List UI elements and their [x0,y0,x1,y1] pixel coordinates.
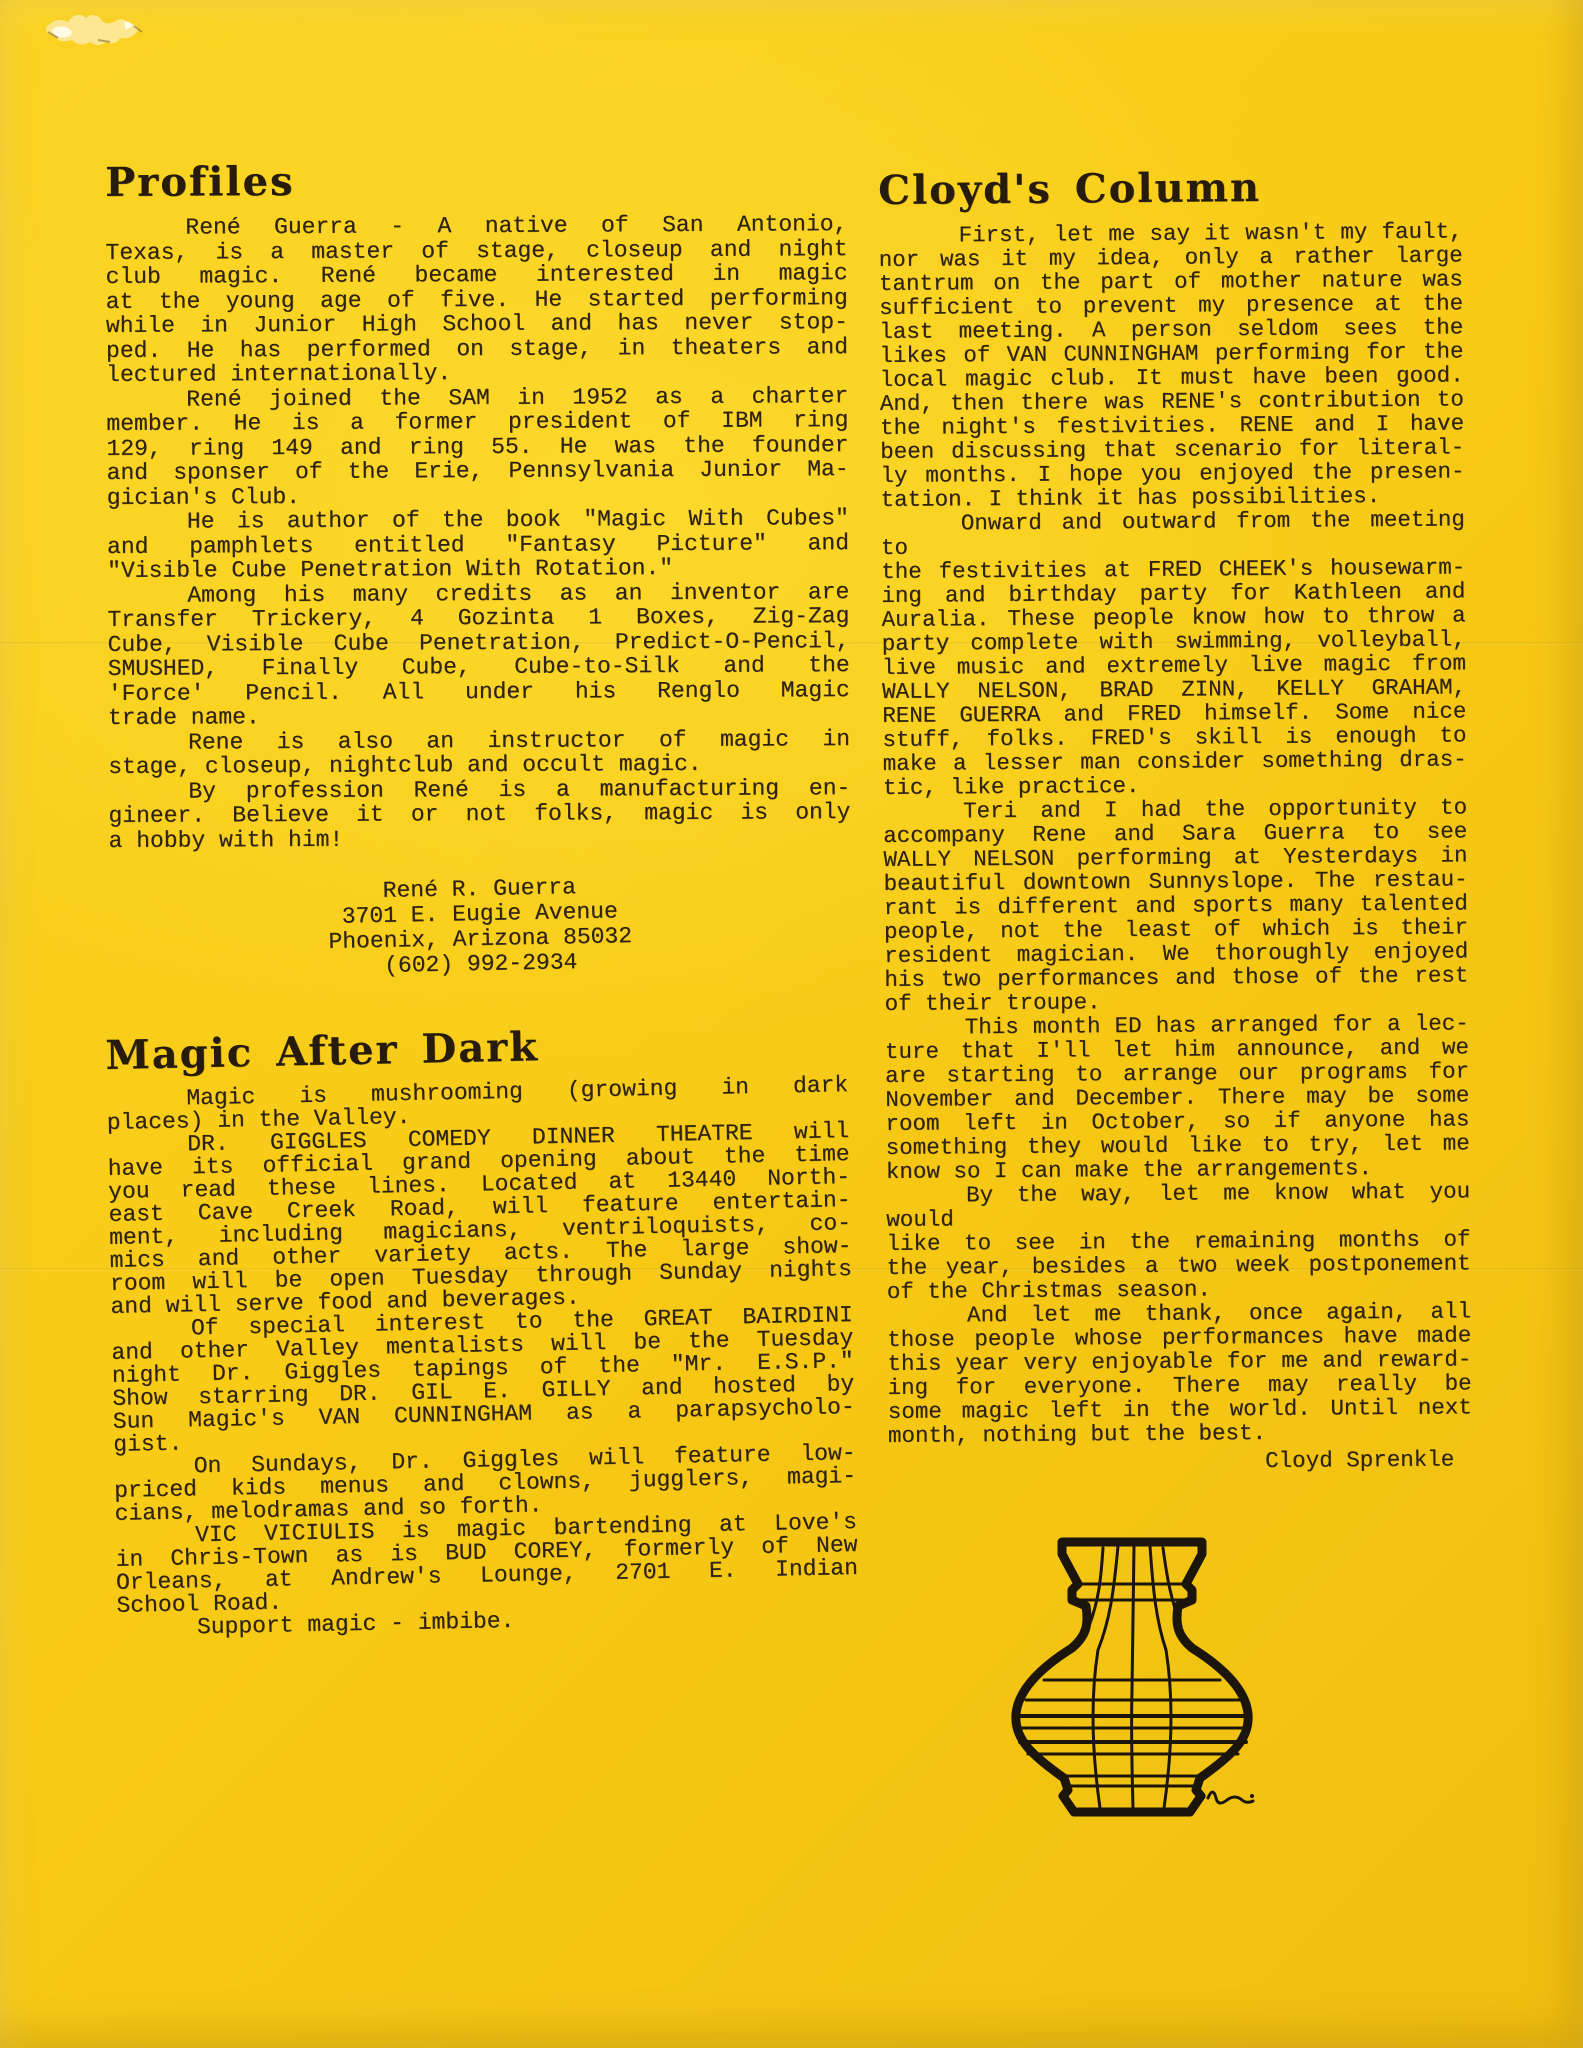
paragraph: Rene is also an instructor of magic inst… [108,727,850,780]
paragraph: René joined the SAM in 1952 as a charter… [106,384,849,510]
paragraph: First, let me say it wasn't my fault,nor… [878,219,1464,512]
magic-after-dark-heading: Magic After Dark [105,1018,848,1079]
profiles-body: René Guerra - A native of San Antonio,Te… [105,212,850,853]
text-line: 'Force' Pencil. All under his Renglo Mag… [108,678,850,706]
text-line: and sponser of the Erie, Pennsylvania Ju… [107,457,849,485]
paragraph: This month ED has arranged for a lec-tur… [885,1011,1470,1184]
text-line: his two performances and those of the re… [884,963,1468,992]
paragraph: Onward and outward from the meeting toth… [881,507,1467,800]
paragraph: VIC VICIULIS is magic bartending at Love… [115,1511,859,1618]
cloyds-column-body: First, let me say it wasn't my fault,nor… [878,219,1472,1448]
paragraph: By the way, let me know what you wouldli… [886,1179,1471,1304]
text-line: By the way, let me know what you would [886,1179,1470,1232]
text-line: make a lesser man consider something dra… [883,747,1467,776]
paragraph: Among his many credits as an inventor ar… [107,580,850,731]
paragraph: He is author of the book "Magic With Cub… [107,506,849,583]
profiles-section: Profiles René Guerra - A native of San A… [105,156,851,979]
left-column: Profiles René Guerra - A native of San A… [105,160,847,1641]
text-line: Rene is also an instructor of magic in [108,727,850,755]
paragraph: Of special interest to the GREAT BAIRDIN… [111,1304,856,1457]
torn-paper-mark [38,6,178,54]
cloyds-column-section: Cloyd's Column First, let me say it wasn… [878,163,1472,1476]
text-line: month, nothing but the best. [888,1419,1472,1448]
paragraph: Teri and I had the opportunity toaccompa… [883,795,1469,1016]
paragraph: DR. GIGGLES COMEDY DINNER THEATRE willha… [107,1120,853,1319]
profiles-heading: Profiles [105,156,847,206]
text-line: Onward and outward from the meeting to [881,507,1465,560]
newsletter-page: Profiles René Guerra - A native of San A… [0,0,1583,2048]
text-line: ped. He has performed on stage, in theat… [106,335,848,363]
text-line: a hobby with him! [109,825,851,853]
text-line: gineer. Believe it or not folks, magic i… [108,800,850,828]
cloyds-column-heading: Cloyd's Column [878,163,1462,214]
paragraph: René Guerra - A native of San Antonio,Te… [105,212,848,387]
address-block: René R. Guerra3701 E. Eugie AvenuePhoeni… [108,870,852,984]
paragraph: By profession René is a manufacturing en… [108,776,850,853]
paragraph: And let me thank, once again, allthose p… [887,1299,1472,1448]
magic-after-dark-section: Magic After Dark Magic is mushrooming (g… [105,1018,859,1641]
column-signature: Cloyd Sprenkle [888,1447,1472,1476]
magic-after-dark-body: Magic is mushrooming (growing in darkpla… [106,1074,859,1641]
vase-illustration [1002,1528,1264,1834]
text-line: and pamphlets entitled "Fantasy Picture"… [107,531,849,559]
right-column: Cloyd's Column First, let me say it wasn… [878,168,1462,1476]
